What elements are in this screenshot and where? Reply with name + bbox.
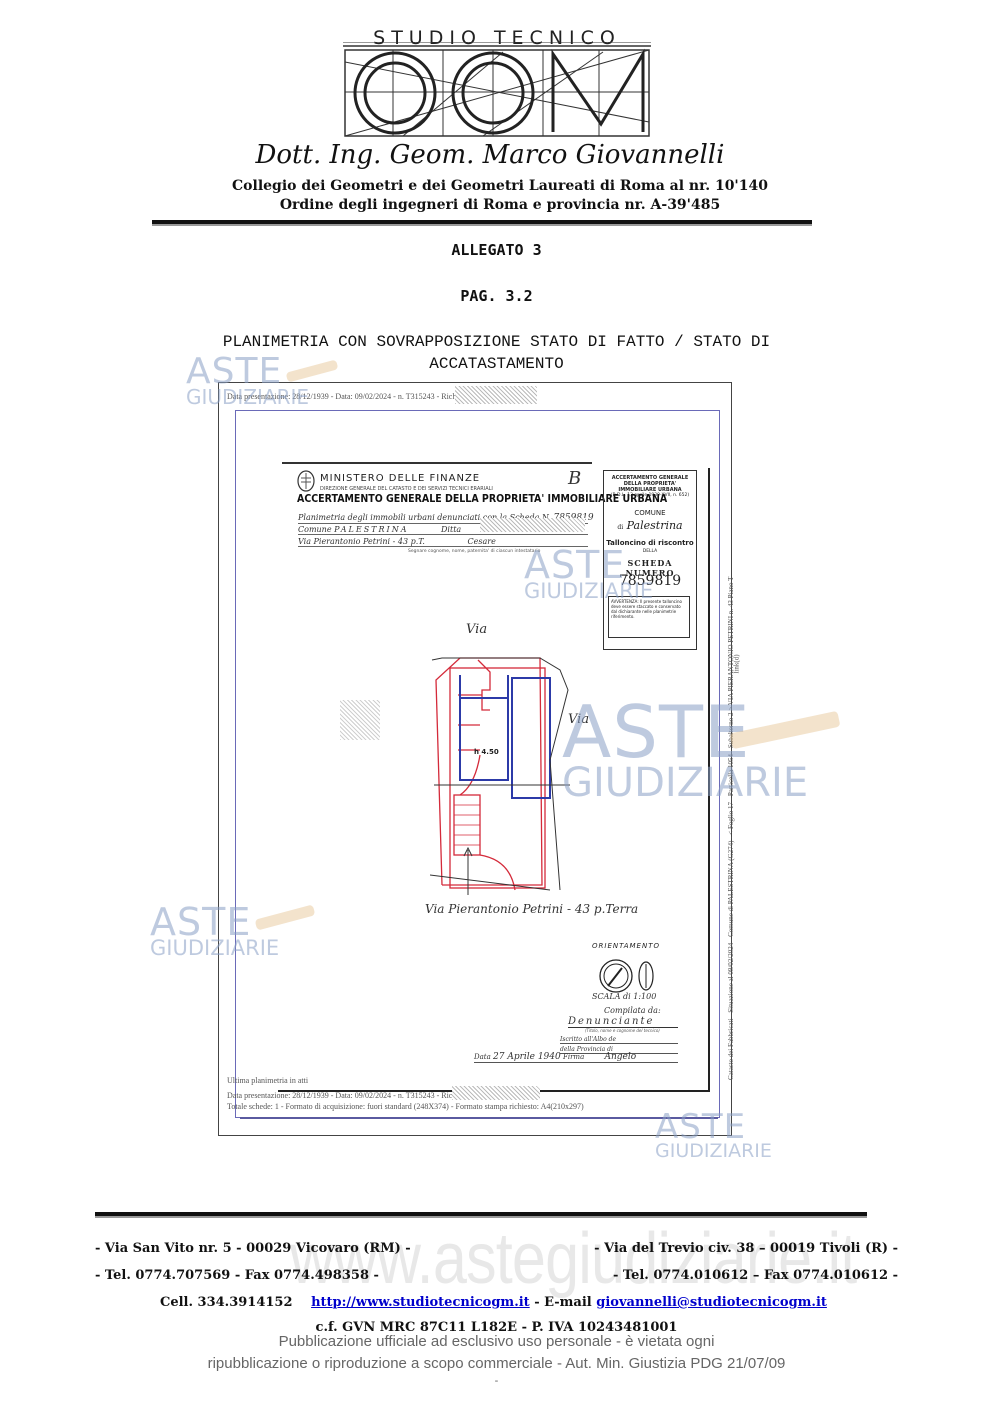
site-watermark: www.astegiudiziarie.it [290, 1218, 856, 1300]
disclaimer-line-1: Pubblicazione ufficiale ad esclusivo uso… [0, 1333, 993, 1350]
watermark-aste-4: ASTE GIUDIZIARIE [150, 905, 279, 958]
form-top-rule [282, 462, 592, 464]
sheet-meta-bottom-2: Totale schede: 1 - Formato di acquisizio… [227, 1102, 584, 1111]
professional-signature: Dott. Ing. Geom. Marco Giovannelli [180, 140, 800, 170]
redacted-mark [340, 700, 380, 740]
albo-field: Iscritto all'Albo de [560, 1036, 678, 1044]
email-label: - E-mail [534, 1295, 592, 1310]
studio-logo-icon [343, 42, 651, 138]
orientation-label: ORIENTAMENTO [592, 942, 660, 950]
address-left: - Via San Vito nr. 5 - 00029 Vicovaro (R… [95, 1241, 411, 1256]
street-label-bottom: Via Pierantonio Petrini - 43 p.Terra [425, 902, 638, 916]
title-line-1: PLANIMETRIA CON SOVRAPPOSIZIONE STATO DI… [100, 331, 893, 353]
last-plan-label: Ultima planimetria in atti [227, 1076, 308, 1085]
room-height-label: h 4.50 [474, 748, 499, 756]
footer-divider [95, 1212, 867, 1216]
vertical-end-label: link(d) [733, 654, 741, 673]
trailing-dash: - [0, 1375, 993, 1387]
header-divider [152, 220, 812, 224]
page-label: PAG. 3.2 [0, 287, 993, 305]
state-emblem-icon [296, 470, 316, 492]
receipt-comune-label: COMUNE [604, 509, 696, 517]
compiled-by-hint: (Titolo, nome e cognome del tecnico) [585, 1028, 660, 1033]
receipt-header: ACCERTAMENTO GENERALE DELLA PROPRIETA' I… [604, 475, 696, 493]
receipt-comune: di Palestrina [604, 519, 696, 532]
street-label-top: Via [466, 622, 487, 637]
contacts-line: Cell. 334.3914152 http://www.studiotecni… [160, 1295, 827, 1310]
form-note: Segnare cognome, nome, paternita' di cia… [408, 549, 540, 554]
plot-frame-bottom-rule [240, 1117, 718, 1119]
watermark-aste-3: ASTE GIUDIZIARIE [562, 700, 808, 801]
phone-right: - Tel. 0774.010612 – Fax 0774.010612 - [613, 1268, 898, 1283]
date-signature-line: Data 27 Aprile 1940 Firma Angelo [474, 1052, 678, 1063]
ministry-subtitle: DIREZIONE GENERALE DEL CATASTO E DEI SER… [320, 486, 493, 492]
redacted-owner [480, 518, 585, 532]
receipt-law: (R.D.L. 13 aprile 1939-XVII, n. 652) [604, 493, 696, 498]
mark-letter: B [568, 468, 581, 489]
disclaimer-line-2: ripubblicazione o riproduzione a scopo c… [0, 1355, 993, 1372]
scale-label: SCALA di 1:100 [592, 992, 656, 1001]
registration-line-2: Ordine degli ingegneri di Roma e provinc… [120, 197, 880, 213]
watermark-aste-2: ASTE GIUDIZIARIE [524, 548, 653, 601]
floor-plan-overlay [430, 650, 570, 895]
phone-left: - Tel. 0774.707569 - Fax 0774.498358 - [95, 1268, 379, 1283]
sheet-meta-bottom-1: Data presentazione: 28/12/1939 - Data: 0… [227, 1091, 482, 1100]
address-right: - Via del Trevio civ. 38 – 00019 Tivoli … [594, 1241, 898, 1256]
compiled-by-label: Compilata da: [604, 1006, 661, 1015]
registration-line-1: Collegio dei Geometri e dei Geometri Lau… [120, 178, 880, 194]
redacted-requester-bottom [452, 1086, 540, 1100]
ministry-name: MINISTERO DELLE FINANZE [320, 473, 480, 484]
compiled-by-value: Denunciante [568, 1016, 678, 1028]
compass-north-icon [598, 958, 660, 994]
redacted-requester [455, 386, 537, 404]
vertical-cadastre-meta: Catasto dei Fabbricati - Situazione al 0… [727, 620, 747, 1080]
email-link[interactable]: giovannelli@studiotecnicogm.it [596, 1295, 827, 1310]
watermark-aste-5: ASTE GIUDIZIARIE [655, 1112, 772, 1160]
cell-number: Cell. 334.3914152 [160, 1295, 293, 1310]
attachment-label: ALLEGATO 3 [0, 241, 993, 259]
website-link[interactable]: http://www.studiotecnicogm.it [311, 1295, 530, 1310]
